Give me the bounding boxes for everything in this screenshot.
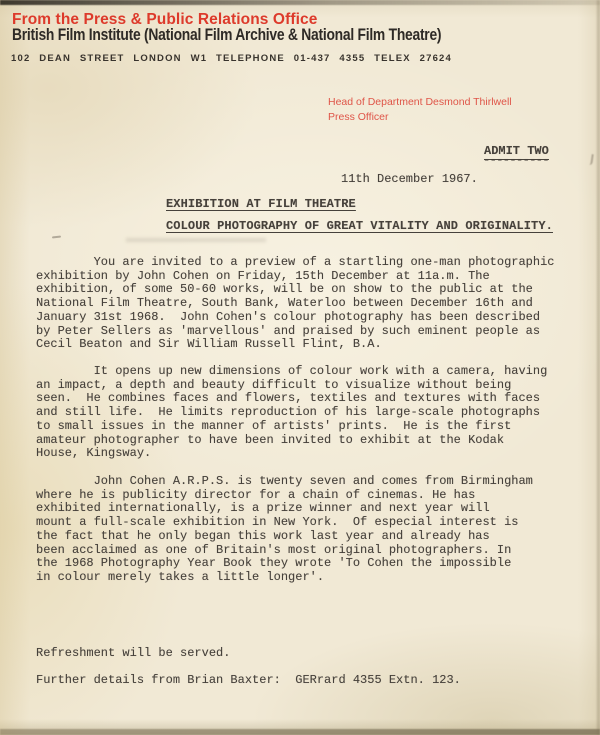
refreshment-line: Refreshment will be served. <box>36 647 230 661</box>
letterhead-address-line: 102 DEAN STREET LONDON W1 TELEPHONE 01-4… <box>11 53 452 64</box>
headline-colour-photography: COLOUR PHOTOGRAPHY OF GREAT VITALITY AND… <box>166 219 553 233</box>
headline-exhibition: EXHIBITION AT FILM THEATRE <box>166 197 356 211</box>
head-of-department-line: Head of Department Desmond Thirlwell <box>328 95 512 110</box>
smudge-artifact <box>126 238 266 242</box>
margin-tick-artifact <box>587 154 593 166</box>
letterhead-organisation-line: British Film Institute (National Film Ar… <box>12 26 441 45</box>
scan-top-edge-shadow <box>0 0 600 5</box>
further-details-line: Further details from Brian Baxter: GERra… <box>36 674 461 688</box>
scanned-press-release-letter: From the Press & Public Relations Office… <box>0 0 600 735</box>
pencil-dash-artifact <box>52 236 61 239</box>
scan-bottom-edge-shadow <box>0 729 600 735</box>
admit-two-dashes: ---------- <box>483 153 549 167</box>
paragraph-invitation: You are invited to a preview of a startl… <box>36 256 554 352</box>
press-officer-line: Press Officer <box>328 110 512 125</box>
paragraph-biography: John Cohen A.R.P.S. is twenty seven and … <box>36 475 533 585</box>
date-line: 11th December 1967. <box>341 172 478 186</box>
contact-block: Head of Department Desmond Thirlwell Pre… <box>328 95 512 125</box>
paragraph-description: It opens up new dimensions of colour wor… <box>36 365 547 461</box>
